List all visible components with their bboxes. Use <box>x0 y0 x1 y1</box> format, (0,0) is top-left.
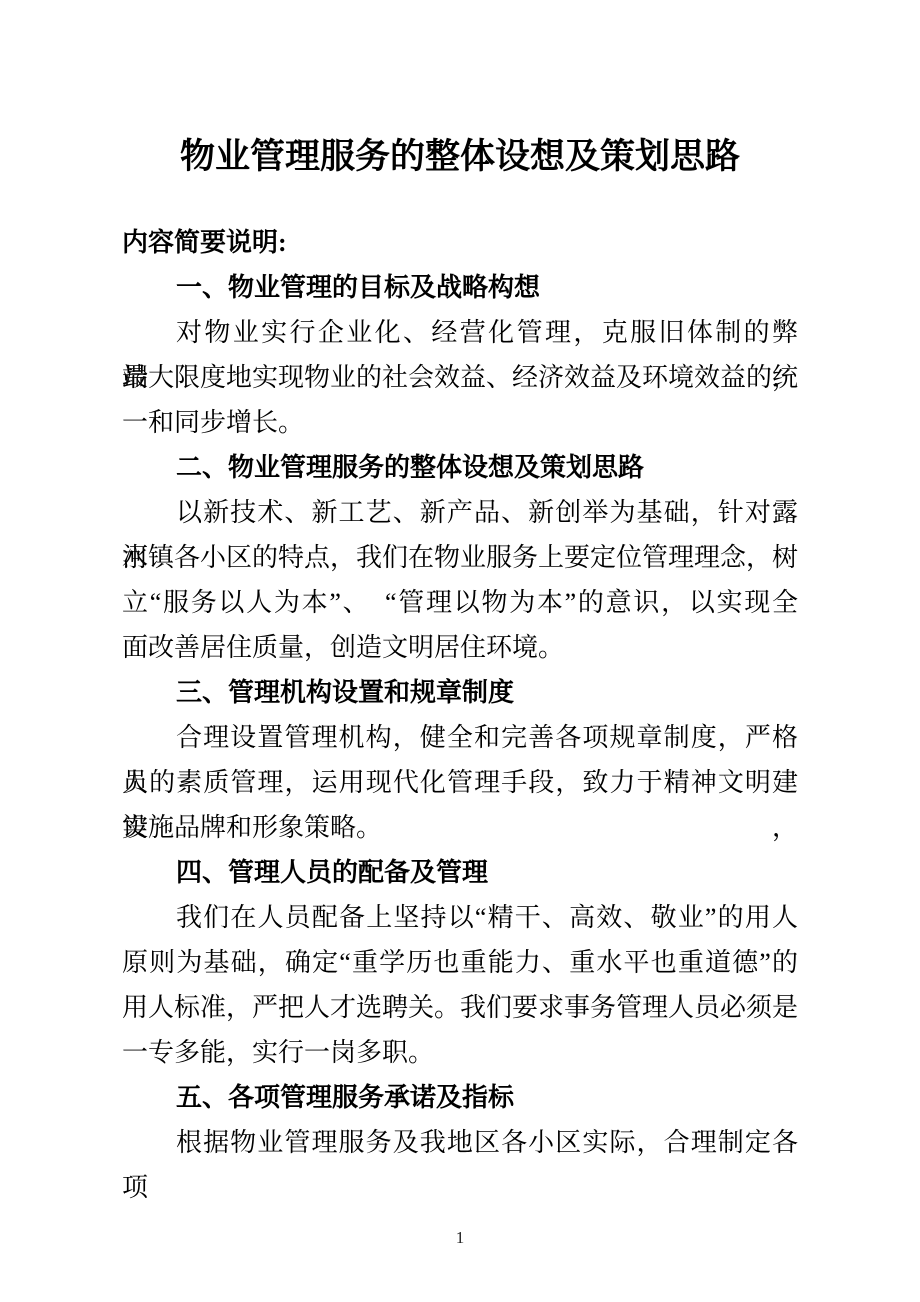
text-line: 最大限度地实现物业的社会效益、经济效益及环境效益的统 <box>122 355 798 400</box>
heading-line: 四、管理人员的配备及管理 <box>122 850 798 895</box>
heading-line: 内容简要说明: <box>122 220 798 265</box>
heading-line: 二、物业管理服务的整体设想及策划思路 <box>122 445 798 490</box>
text-line: 河镇各小区的特点，我们在物业服务上要定位管理理念，树 <box>122 535 798 580</box>
text-line: 用人标准，严把人才选聘关。我们要求事务管理人员必须是 <box>122 985 798 1030</box>
heading-line: 三、管理机构设置和规章制度 <box>122 670 798 715</box>
text-line: 根据物业管理服务及我地区各小区实际，合理制定各项 <box>122 1120 798 1165</box>
text-line: 立“服务以人为本”、 “管理以物为本”的意识，以实现全 <box>122 580 798 625</box>
heading-line: 五、各项管理服务承诺及指标 <box>122 1075 798 1120</box>
heading-line: 一、物业管理的目标及战略构想 <box>122 265 798 310</box>
page-number: 1 <box>0 1226 920 1250</box>
text-line: 面改善居住质量，创造文明居住环境。 <box>122 625 798 670</box>
text-line: 员的素质管理，运用现代化管理手段，致力于精神文明建设， <box>122 760 798 805</box>
text-line: 我们在人员配备上坚持以“精干、高效、敬业”的用人 <box>122 895 798 940</box>
text-line: 一专多能，实行一岗多职。 <box>122 1030 798 1075</box>
text-line: 一和同步增长。 <box>122 400 798 445</box>
text-line: 以新技术、新工艺、新产品、新创举为基础，针对露水 <box>122 490 798 535</box>
text-line: 合理设置管理机构，健全和完善各项规章制度，严格人 <box>122 715 798 760</box>
document-page: 物业管理服务的整体设想及策划思路 内容简要说明:一、物业管理的目标及战略构想对物… <box>0 0 920 1302</box>
text-line: 原则为基础，确定“重学历也重能力、重水平也重道德”的 <box>122 940 798 985</box>
text-line: 对物业实行企业化、经营化管理，克服旧体制的弊端， <box>122 310 798 355</box>
document-title: 物业管理服务的整体设想及策划思路 <box>0 134 920 180</box>
document-body: 内容简要说明:一、物业管理的目标及战略构想对物业实行企业化、经营化管理，克服旧体… <box>122 220 798 1165</box>
